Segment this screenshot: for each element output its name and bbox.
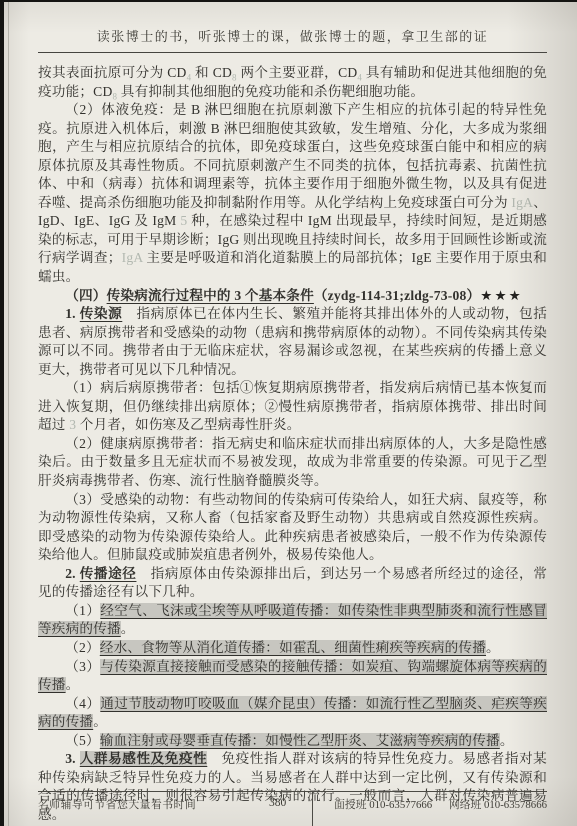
page-header-slogan: 读张博士的书，听张博士的课，做张博士的题，拿卫生部的证 xyxy=(38,26,547,45)
item-number: 2. xyxy=(65,566,80,581)
text-run: 和 CD xyxy=(191,65,232,80)
text-run: 。 xyxy=(93,714,107,729)
highlighted-text: 经水、食物等从消化道传播：如霍乱、细菌性痢疾等疾病的传播 xyxy=(100,640,486,655)
page-footer: 名师辅导可节省您大量看书时间 380 面授班 010-63577666 网络班 … xyxy=(38,791,547,812)
footer-online-phone: 网络班 010-63578666 xyxy=(449,799,547,811)
scanned-book-page: 读张博士的书，听张博士的课，做张博士的题，拿卫生部的证 按其表面抗原可分为 CD… xyxy=(0,0,577,826)
text-run: 具有抑制其他细胞的免疫功能和杀伤靶细胞功能。 xyxy=(117,84,424,99)
footer-classroom-phone: 面授班 010-63577666 xyxy=(334,799,432,811)
highlighted-text: 输血注射或母婴垂直传播：如慢性乙型肝炎、艾滋病等疾病的传播 xyxy=(100,733,500,748)
text-run: 。 xyxy=(486,640,500,655)
highlighted-text: 经空气、飞沫或尘埃等从呼吸道传播：如传染性非典型肺炎和流行性感冒等疾病的传播 xyxy=(38,603,547,637)
item-number: 1. xyxy=(65,306,80,321)
paragraph-humoral-immunity: （2）体液免疫：是 B 淋巴细胞在抗原刺激下产生相应的抗体引起的特异性免疫。抗原… xyxy=(38,101,547,286)
section-heading-epidemic-conditions: （四）传染病流行过程中的 3 个基本条件（zydg-114-31;zldg-73… xyxy=(38,287,547,306)
text-run: 。 xyxy=(66,677,80,692)
heading-title: 传染病流行过程中的 3 个基本条件 xyxy=(107,288,314,303)
paragraph-transmission-route: 2. 传播途径 指病原体由传染源排出后，到达另一个易感者所经过的途径，常见的传播… xyxy=(38,565,547,602)
text-run: （3）受感染的动物：有些动物间的传染病可传染给人，如狂犬病、鼠疫等，称为动物源性… xyxy=(38,492,547,563)
footer-row: 名师辅导可节省您大量看书时间 380 面授班 010-63577666 网络班 … xyxy=(38,792,547,812)
faint-answer-text: IgA xyxy=(511,195,533,210)
highlighted-text: 与传染源直接接触而受感染的接触传播：如炭疽、钩端螺旋体病等疾病的传播 xyxy=(38,659,547,693)
key-term: 传染源 xyxy=(80,306,123,321)
list-item-waterfood: （2）经水、食物等从消化道传播：如霍乱、细菌性痢疾等疾病的传播。 xyxy=(38,639,547,658)
paragraph-infection-source: 1. 传染源 指病原体已在体内生长、繁殖并能将其排出体外的人或动物，包括患者、病… xyxy=(38,305,547,379)
key-term-highlighted: 人群易感性及免疫性 xyxy=(80,751,208,766)
footer-contacts: 面授班 010-63577666 网络班 010-63578666 xyxy=(320,797,547,812)
paragraph-cd-subsets: 按其表面抗原可分为 CD4 和 CD8 两个主要亚群，CD4 具有辅助和促进其他… xyxy=(38,64,547,101)
footer-divider-line xyxy=(312,792,313,826)
page-content: 读张博士的书，听张博士的课，做张博士的题，拿卫生部的证 按其表面抗原可分为 CD… xyxy=(0,0,577,824)
text-run: 两个主要亚群，CD xyxy=(237,65,358,80)
page-edge-crease xyxy=(8,0,9,826)
item-number: （2） xyxy=(65,640,100,655)
text-run: 按其表面抗原可分为 CD xyxy=(38,65,187,80)
text-run: 。 xyxy=(121,621,135,636)
importance-stars-icon: ★★★ xyxy=(480,288,523,303)
scan-edge-top xyxy=(0,0,577,2)
text-run: 个月者，如伤寒及乙型病毒性肝炎。 xyxy=(76,417,300,432)
highlighted-text: 通过节肢动物叮咬吸血（媒介昆虫）传播：如流行性乙型脑炎、疟疾等疾病的传播 xyxy=(38,696,547,730)
item-number: （1） xyxy=(65,603,100,618)
text-run: （2）健康病原携带者：指无病史和临床症状而排出病原体的人，大多是隐性感染后。由于… xyxy=(38,436,547,488)
paragraph-post-illness-carrier: （1）病后病原携带者：包括①恢复期病原携带者，指发病后病情已基本恢复而进入恢复期… xyxy=(38,379,547,435)
item-number: （4） xyxy=(65,696,100,711)
text-run: （2）体液免疫：是 B 淋巴细胞在抗原刺激下产生相应的抗体引起的特异性免疫。抗原… xyxy=(38,102,547,210)
paragraph-infected-animals: （3）受感染的动物：有些动物间的传染病可传染给人，如狂犬病、鼠疫等，称为动物源性… xyxy=(38,491,547,565)
paragraph-susceptibility: 3. 人群易感性及免疫性 免疫性指人群对该病的特异性免疫力。易感者指对某种传染病… xyxy=(38,750,547,824)
header-rule xyxy=(38,52,547,53)
text-run: 。 xyxy=(500,733,514,748)
item-number: 3. xyxy=(65,751,80,766)
footer-slogan: 名师辅导可节省您大量看书时间 xyxy=(38,797,269,812)
heading-exam-code: （zydg-114-31;zldg-73-08） xyxy=(314,288,480,303)
list-item-vector: （4）通过节肢动物叮咬吸血（媒介昆虫）传播：如流行性乙型脑炎、疟疾等疾病的传播。 xyxy=(38,695,547,732)
body-text: 按其表面抗原可分为 CD4 和 CD8 两个主要亚群，CD4 具有辅助和促进其他… xyxy=(38,64,547,824)
paragraph-healthy-carrier: （2）健康病原携带者：指无病史和临床症状而排出病原体的人，大多是隐性感染后。由于… xyxy=(38,435,547,491)
list-item-blood-vertical: （5）输血注射或母婴垂直传播：如慢性乙型肝炎、艾滋病等疾病的传播。 xyxy=(38,732,547,751)
faint-answer-text: IgA xyxy=(122,250,143,265)
item-number: （5） xyxy=(65,733,100,748)
item-number: （3） xyxy=(65,659,100,674)
list-item-airborne: （1）经空气、飞沫或尘埃等从呼吸道传播：如传染性非典型肺炎和流行性感冒等疾病的传… xyxy=(38,602,547,639)
scan-edge-left xyxy=(0,0,4,826)
heading-prefix: （四） xyxy=(65,288,106,303)
list-item-contact: （3）与传染源直接接触而受感染的接触传播：如炭疽、钩端螺旋体病等疾病的传播。 xyxy=(38,658,547,695)
key-term: 传播途径 xyxy=(80,566,137,581)
